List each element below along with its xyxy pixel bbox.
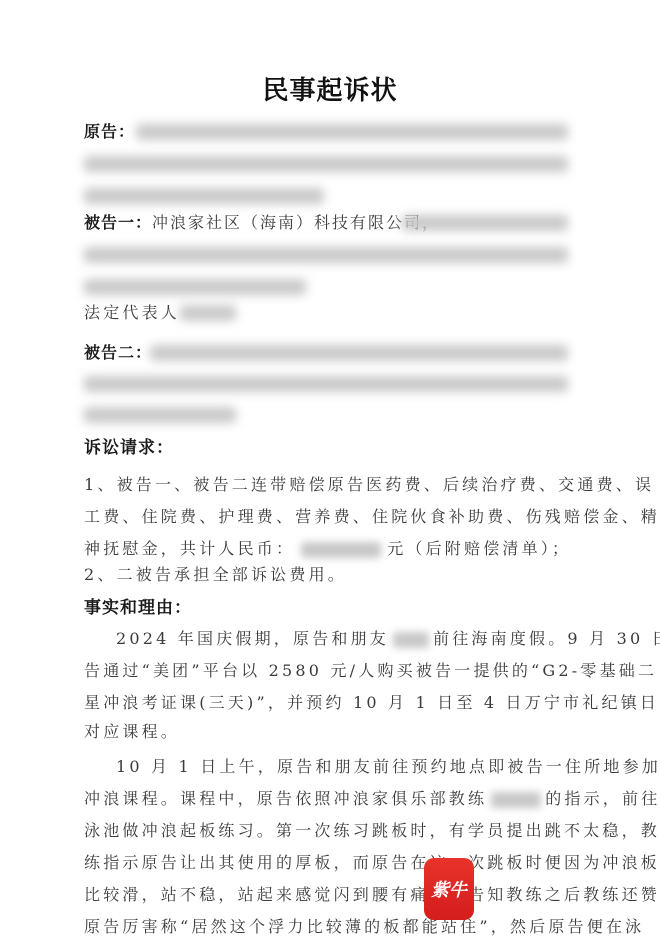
redacted-plaintiff-info xyxy=(136,124,568,140)
facts-p2-line5: 比较滑，站不稳，站起来感觉闪到腰有痛感，告知教练之后教练还赞 xyxy=(84,885,570,905)
facts-text: 的指示，前往 xyxy=(545,789,660,808)
claims-item2: 2、二被告承担全部诉讼费用。 xyxy=(84,565,570,585)
facts-heading: 事实和理由： xyxy=(84,593,192,618)
claims-item1-line1: 1、被告一、被告二连带赔偿原告医药费、后续治疗费、交通费、误 xyxy=(84,475,570,495)
redacted-friend-name xyxy=(393,632,429,648)
facts-text: 前往海南度假。9 月 30 日原 xyxy=(433,629,660,648)
legal-rep-line: 法定代表人 xyxy=(84,303,570,323)
redacted-plaintiff-info xyxy=(84,188,324,204)
claims-amount-suffix: 元（后附赔偿清单）； xyxy=(387,539,571,558)
claims-item1-line3: 神抚慰金，共计人民币：元（后附赔偿清单）； xyxy=(84,539,570,559)
facts-p2-line2: 冲浪课程。课程中，原告依照冲浪家俱乐部教练的指示，前往 xyxy=(84,789,570,809)
defendant1-name: 冲浪家社区（海南）科技有限公司， xyxy=(152,213,440,232)
facts-text: 2024 年国庆假期，原告和朋友 xyxy=(116,629,389,648)
redacted-plaintiff-info xyxy=(84,156,568,172)
facts-p2-line4: 练指示原告让出其使用的厚板，而原告在这一次跳板时便因为冲浪板 xyxy=(84,853,570,873)
claims-heading: 诉讼请求： xyxy=(84,433,174,458)
claims-item1-line2: 工费、住院费、护理费、营养费、住院伙食补助费、伤残赔偿金、精 xyxy=(84,507,570,527)
legal-rep-label: 法定代表人 xyxy=(84,303,180,322)
redacted-defendant1-info xyxy=(84,247,568,263)
facts-p1-line2: 告通过“美团”平台以 2580 元/人购买被告一提供的“G2-零基础二 xyxy=(84,661,570,681)
facts-p2-line1: 10 月 1 日上午，原告和朋友前往预约地点即被告一住所地参加 xyxy=(116,757,570,777)
facts-p1-line1: 2024 年国庆假期，原告和朋友前往海南度假。9 月 30 日原 xyxy=(116,629,570,649)
defendant1-label: 被告一： xyxy=(84,213,152,232)
redacted-coach-name xyxy=(491,792,541,808)
redacted-defendant1-info xyxy=(402,215,568,231)
facts-p1-line4: 对应课程。 xyxy=(84,722,570,742)
redacted-amount xyxy=(301,542,381,558)
facts-p2-line3: 泳池做冲浪起板练习。第一次练习跳板时，有学员提出跳不太稳，教 xyxy=(84,821,570,841)
plaintiff-label: 原告： xyxy=(84,122,135,141)
facts-p1-line3: 星冲浪考证课(三天)”，并预约 10 月 1 日至 4 日万宁市礼纪镇日岛的 xyxy=(84,693,570,713)
document-title: 民事起诉状 xyxy=(0,70,660,107)
facts-p2-line6: 原告厉害称“居然这个浮力比较薄的板都能站住”，然后原告便在泳 xyxy=(84,917,570,937)
redacted-defendant2-info xyxy=(84,376,568,392)
claims-amount-prefix: 神抚慰金，共计人民币： xyxy=(84,539,295,558)
facts-text: 冲浪课程。课程中，原告依照冲浪家俱乐部教练 xyxy=(84,789,487,808)
redacted-defendant2-info xyxy=(84,407,236,423)
defendant2-label: 被告二： xyxy=(84,343,152,362)
redacted-defendant1-info xyxy=(84,279,306,295)
redacted-defendant2-info xyxy=(150,345,568,361)
redacted-legal-rep xyxy=(180,305,236,321)
zi-niu-logo-icon: 紫牛 xyxy=(424,858,474,920)
